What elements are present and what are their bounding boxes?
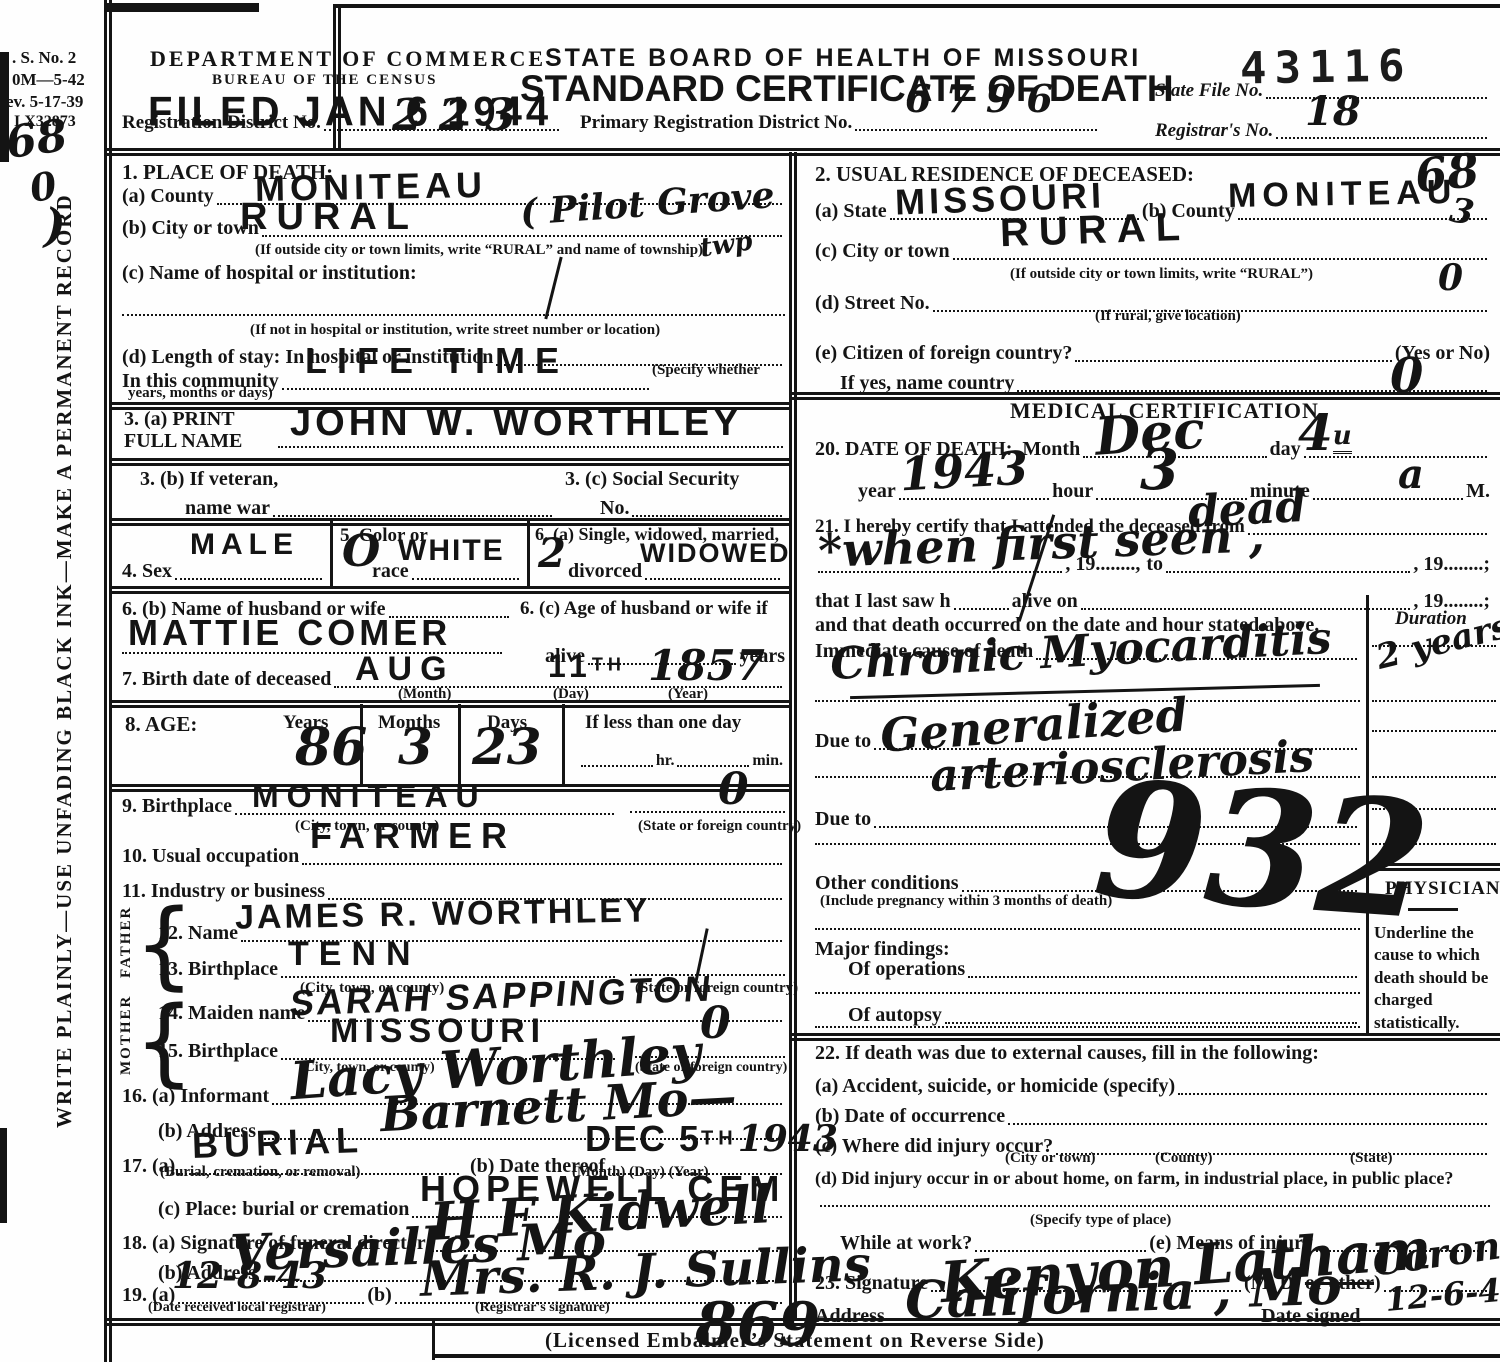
accident-suicide-row: (a) Accident, suicide, or homicide (spec… <box>815 1075 1490 1098</box>
year19-label: , 19........, <box>1065 553 1140 576</box>
other-conditions-line <box>815 928 1360 930</box>
occupation-row: 10. Usual occupation <box>122 845 785 868</box>
father-birthplace-label: 13. Birthplace <box>158 958 278 981</box>
name-country-row: If yes, name country <box>840 372 1490 395</box>
dotted-leader <box>1266 97 1487 99</box>
duration-entry-line <box>1372 843 1496 845</box>
dotted-leader <box>1056 1153 1487 1155</box>
mother-side-label: MOTHER <box>118 995 135 1075</box>
dotted-leader <box>953 258 1487 260</box>
divider-rule <box>110 458 789 466</box>
md-or-other-close: ) <box>1374 1272 1381 1295</box>
years-months-days-note: years, months or days) <box>128 385 273 402</box>
certificate-title: STANDARD CERTIFICATE OF DEATH <box>520 68 1174 110</box>
age-months-value: 3 <box>398 722 433 772</box>
dotted-leader <box>945 1022 1357 1024</box>
hour-label: hour <box>1052 480 1093 503</box>
dotted-leader <box>962 890 1357 892</box>
citizen-row: (e) Citizen of foreign country? (Yes or … <box>815 342 1490 365</box>
state-file-label: State File No. <box>1155 80 1263 102</box>
due-to-label: Due to <box>815 730 871 753</box>
sex-row: 4. Sex <box>122 560 325 583</box>
registration-district-label: Registration District No. <box>122 112 321 134</box>
full-name-entry-line <box>278 446 783 448</box>
hr-label: hr. <box>656 752 675 770</box>
burial-cremation-note: (Burial, cremation, or removal) <box>160 1164 360 1181</box>
burial-date-monthday: DEC 5 <box>585 1118 701 1159</box>
immediate-cause-label: Immediate cause of death <box>815 640 1033 663</box>
large-handwritten-code: 932 <box>1090 759 1434 942</box>
occupation-label: 10. Usual occupation <box>122 845 299 868</box>
duration-entry-line <box>1372 730 1496 732</box>
cause-entry-line <box>815 843 1360 845</box>
death-time-row: year hour minute M. <box>858 480 1490 503</box>
hospital-entry-line <box>122 314 785 316</box>
mother-birthplace-state-mark: 0 <box>700 1002 731 1046</box>
name-country-label: If yes, name country <box>840 372 1014 395</box>
dotted-leader <box>1075 360 1391 362</box>
divorced-row: divorced <box>568 560 783 583</box>
dotted-leader <box>1238 218 1487 220</box>
county-label: (a) County <box>122 185 214 208</box>
pregnancy-note: (Include pregnancy within 3 months of de… <box>820 893 1112 910</box>
hr-min-row: hr. min. <box>578 752 783 770</box>
embalmer-statement-note: (Licensed Embalmer’s Statement on Revers… <box>545 1328 1045 1353</box>
month-note: (Month) <box>398 686 451 703</box>
cell-rule <box>458 704 461 784</box>
certifier-address-row: Address Date signed <box>815 1305 1490 1328</box>
bureau-subtitle: BUREAU OF THE CENSUS <box>212 72 437 89</box>
day-note: (Day) <box>553 686 589 703</box>
mother-birthplace-label: 15. Birthplace <box>158 1040 278 1063</box>
left-border-rule <box>104 0 112 1362</box>
dotted-leader <box>632 515 782 517</box>
to-label: to <box>1146 553 1163 576</box>
residence-city-label: (c) City or town <box>815 240 950 263</box>
dotted-leader <box>324 129 559 131</box>
dotted-leader <box>273 515 552 517</box>
spouse-name-value: MATTIE COMER <box>128 612 451 654</box>
form-number-line3: ev. 5-17-39 <box>6 92 83 112</box>
year-note: (Year) <box>668 686 708 703</box>
residence-city-row: (c) City or town <box>815 240 1490 263</box>
operations-line <box>815 992 1360 994</box>
citizen-label: (e) Citizen of foreign country? <box>815 342 1072 365</box>
veteran-war-row: name war <box>185 497 555 520</box>
father-side-label: FATHER <box>118 906 135 978</box>
full-name-label: FULL NAME <box>124 430 242 453</box>
dotted-leader <box>645 578 780 580</box>
rural-note: (If outside city or town limits, write “… <box>1010 266 1313 283</box>
due-to-label: Due to <box>815 808 871 831</box>
registrar-signature-note: (Registrar's signature) <box>475 1300 610 1316</box>
other-conditions-row: Other conditions <box>815 872 1360 895</box>
dotted-leader <box>302 863 782 865</box>
autopsy-line <box>815 1026 1360 1028</box>
birthplace-state-mark: 0 <box>718 768 749 812</box>
father-name-row: 12. Name <box>158 922 785 945</box>
s19b-label: (b) <box>367 1284 391 1307</box>
ss-no-label: No. <box>600 497 629 520</box>
dotted-leader <box>175 578 322 580</box>
father-name-label: 12. Name <box>158 922 238 945</box>
dotted-leader <box>1248 533 1487 535</box>
dotted-leader <box>1313 498 1463 500</box>
dotted-leader <box>1008 1123 1487 1125</box>
name-war-label: name war <box>185 497 270 520</box>
hospital-label: (c) Name of hospital or institution: <box>122 262 417 285</box>
injury-place-question: (d) Did injury occur in or about home, o… <box>815 1168 1453 1189</box>
day-label: day <box>1270 438 1301 461</box>
informant-label: 16. (a) Informant <box>122 1085 269 1108</box>
state-note: (State) <box>1350 1150 1392 1167</box>
date-occurrence-label: (b) Date of occurrence <box>815 1105 1005 1128</box>
county-note: (County) <box>1155 1150 1213 1167</box>
death-certificate-scan: . S. No. 2 0M—5-42 ev. 5-17-39 I X32873 … <box>0 0 1500 1362</box>
social-security-no-row: No. <box>600 497 785 520</box>
date-occurrence-row: (b) Date of occurrence <box>815 1105 1490 1128</box>
dotted-leader <box>899 498 1049 500</box>
attended-dates-row: , 19........, to , 19........; <box>815 553 1490 576</box>
divorced-label: divorced <box>568 560 642 583</box>
dotted-leader <box>1017 390 1487 392</box>
dotted-leader <box>581 765 653 767</box>
state-foreign-note: (State or foreign country) <box>638 818 801 835</box>
injury-place-line <box>820 1205 1490 1207</box>
other-conditions-label: Other conditions <box>815 872 959 895</box>
operations-row: Of operations <box>848 958 1360 981</box>
deceased-full-name-value: JOHN W. WORTHLEY <box>290 402 742 445</box>
social-security-label: 3. (c) Social Security <box>565 468 739 491</box>
dotted-leader <box>412 578 519 580</box>
accident-suicide-label: (a) Accident, suicide, or homicide (spec… <box>815 1075 1175 1098</box>
dotted-leader <box>888 1323 1258 1325</box>
dotted-leader <box>1081 608 1411 610</box>
physician-instruction-note: Underline the cause to which death shoul… <box>1374 922 1496 1034</box>
burial-date-value: DEC 5TH1943 <box>585 1118 838 1160</box>
bottom-border-rule <box>432 1354 1500 1358</box>
cell-rule <box>330 518 333 586</box>
duration-entry-line <box>1372 808 1496 810</box>
date-signed-label: Date signed <box>1261 1305 1360 1328</box>
registrar-number-label: Registrar's No. <box>1155 120 1273 142</box>
dotted-leader <box>855 129 1097 131</box>
age-days-value: 23 <box>472 722 542 772</box>
birthplace-state-line <box>630 811 785 813</box>
autopsy-row: Of autopsy <box>848 1004 1360 1027</box>
of-operations-label: Of operations <box>848 958 965 981</box>
of-autopsy-label: Of autopsy <box>848 1004 942 1027</box>
cell-rule <box>562 704 565 784</box>
duration-entry-line <box>1372 700 1496 702</box>
dotted-leader <box>1178 1093 1487 1095</box>
top-left-bar <box>104 3 259 12</box>
residence-state-label: (a) State <box>815 200 887 223</box>
due-to-row-2: Due to <box>815 808 1360 831</box>
duration-entry-line <box>1372 645 1496 647</box>
primary-district-row: Primary Registration District No. <box>580 112 1100 134</box>
street-no-label: (d) Street No. <box>815 292 930 315</box>
meridian-label: M. <box>1466 480 1490 503</box>
race-row: race <box>372 560 522 583</box>
external-causes-title: 22. If death was due to external causes,… <box>815 1042 1319 1065</box>
burial-date-ordinal: TH <box>701 1128 738 1150</box>
sex-label: 4. Sex <box>122 560 172 583</box>
age-section-label: 8. AGE: <box>125 712 197 737</box>
physician-underline <box>1408 908 1458 911</box>
month-label: Month <box>1022 438 1080 461</box>
department-title: DEPARTMENT OF COMMERCE <box>150 46 546 72</box>
birthplace-label: 9. Birthplace <box>122 795 232 818</box>
scan-edge-mark <box>0 1128 7 1223</box>
margin-instruction-text: WRITE PLAINLY—USE UNFADING BLACK INK—MAK… <box>52 193 77 1128</box>
handwritten-slash-mark <box>544 257 562 320</box>
specify-place-note: (Specify type of place) <box>1030 1212 1171 1229</box>
marital-hand-mark: 2 <box>538 534 566 574</box>
specify-whether-note: (Specify whether <box>652 362 760 379</box>
dotted-leader <box>968 976 1357 978</box>
dotted-leader <box>1036 658 1357 660</box>
less-than-day-header: If less than one day <box>585 712 741 734</box>
print-label: 3. (a) PRINT <box>124 408 235 431</box>
veteran-label: 3. (b) If veteran, <box>140 468 278 491</box>
dotted-leader <box>818 571 1062 573</box>
year19-label: , 19........; <box>1413 553 1490 576</box>
dotted-leader <box>1166 571 1410 573</box>
form-number-line2: 0M—5-42 <box>12 70 85 90</box>
city-of-death-row: (b) City or town <box>122 217 785 240</box>
street-location-note: (If not in hospital or institution, writ… <box>250 322 660 339</box>
dotted-leader <box>874 826 1357 828</box>
residence-city-mark: 0 <box>1438 260 1463 296</box>
rural-location-note: (If rural, give location) <box>1095 308 1241 325</box>
cell-rule <box>527 518 530 586</box>
spouse-age-label: 6. (c) Age of husband or wife if <box>520 598 768 620</box>
min-label: min. <box>752 752 783 770</box>
form-number-line1: . S. No. 2 <box>12 48 76 68</box>
dotted-leader <box>1276 137 1487 139</box>
dotted-leader <box>954 608 1009 610</box>
burial-place-label: (c) Place: burial or cremation <box>158 1198 409 1221</box>
certifier-address-label: Address <box>815 1305 885 1328</box>
top-border-rule <box>335 4 1500 8</box>
alive-on-label: alive on <box>1012 590 1078 613</box>
city-or-town-note: (City or town) <box>1005 1150 1096 1167</box>
rural-township-note: (If outside city or town limits, write “… <box>255 242 703 259</box>
immediate-cause-row: Immediate cause of death <box>815 640 1360 663</box>
birth-date-label: 7. Birth date of deceased <box>122 668 331 691</box>
dotted-leader <box>1304 456 1487 458</box>
dotted-leader <box>1364 1323 1487 1325</box>
dotted-leader <box>282 388 649 390</box>
yes-no-label: (Yes or No) <box>1395 342 1490 365</box>
city-label: (b) City or town <box>122 217 259 240</box>
divider-rule <box>110 586 789 594</box>
margin-handwritten-mark: 68 <box>3 114 70 166</box>
dotted-leader <box>262 235 782 237</box>
header-bottom-rule <box>104 148 1500 156</box>
date-received-note: (Date received local registrar) <box>148 1300 326 1316</box>
year-label: year <box>858 480 896 503</box>
sex-value: MALE <box>190 528 299 562</box>
last-saw-label: that I last saw h <box>815 590 951 613</box>
physician-box-title: PHYSICIAN <box>1385 878 1500 900</box>
race-label: race <box>372 560 409 583</box>
age-years-value: 86 <box>295 722 367 774</box>
registration-district-row: Registration District No. <box>122 112 562 134</box>
registrar-number-row: Registrar's No. <box>1155 120 1490 142</box>
last-saw-alive-row: that I last saw h alive on , 19........; <box>815 590 1490 613</box>
maiden-name-label: 14. Maiden name <box>158 1002 305 1025</box>
divider-rule <box>789 1033 1500 1041</box>
primary-district-label: Primary Registration District No. <box>580 112 852 134</box>
